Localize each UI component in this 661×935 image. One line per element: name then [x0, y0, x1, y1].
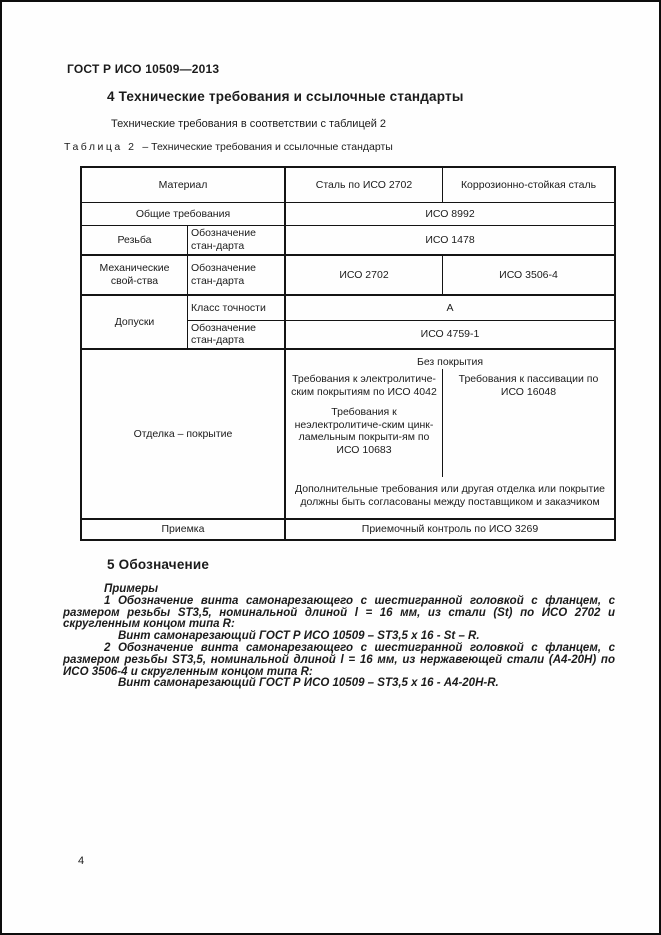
- subrow-tolerance-standard: Обозначение стан-дарта ИСО 4759-1: [188, 321, 614, 348]
- requirements-table: Материал Сталь по ИСО 2702 Коррозионно-с…: [80, 166, 616, 541]
- cell-general-value: ИСО 8992: [286, 203, 614, 225]
- cell-mech-steel-value: ИСО 2702: [286, 256, 443, 294]
- finish-coating-columns: Требования к электролитиче-ским покрытия…: [286, 369, 614, 477]
- coating-passivation-text: Требования к пассивации по ИСО 16048: [446, 373, 611, 398]
- cell-acceptance-value: Приемочный контроль по ИСО 3269: [286, 520, 614, 539]
- cell-coating-stainless: Требования к пассивации по ИСО 16048: [443, 369, 614, 477]
- section-4-intro-paragraph: Технические требования в соответствии с …: [111, 118, 386, 130]
- example-2-text: 2 Обозначение винта самонарезающего с ше…: [63, 643, 615, 678]
- coating-electrolytic-text: Требования к электролитиче-ским покрытия…: [289, 373, 439, 398]
- cell-mech-label: Механические свой-ства: [82, 256, 188, 294]
- cell-acceptance-label: Приемка: [82, 520, 286, 539]
- page-number: 4: [78, 855, 84, 867]
- tolerance-subrows: Класс точности А Обозначение стан-дарта …: [188, 296, 614, 348]
- designation-examples: Примеры 1 Обозначение винта самонарезающ…: [63, 584, 615, 690]
- cell-tolerance-std-label: Обозначение стан-дарта: [188, 321, 286, 348]
- cell-coating-steel: Требования к электролитиче-ским покрытия…: [286, 369, 443, 477]
- table-row-finish: Отделка – покрытие Без покрытия Требован…: [82, 350, 614, 520]
- cell-thread-std-label: Обозначение стан-дарта: [188, 226, 286, 254]
- example-1-text: 1 Обозначение винта самонарезающего с ше…: [63, 596, 615, 631]
- coating-non-electrolytic-text: Требования к неэлектролитиче-ским цинк-л…: [289, 406, 439, 456]
- table-row-acceptance: Приемка Приемочный контроль по ИСО 3269: [82, 520, 614, 539]
- cell-no-coating: Без покрытия: [286, 350, 614, 369]
- table-row-thread: Резьба Обозначение стан-дарта ИСО 1478: [82, 226, 614, 256]
- cell-general-label: Общие требования: [82, 203, 286, 225]
- finish-details: Без покрытия Требования к электролитиче-…: [286, 350, 614, 518]
- section-4-heading: 4 Технические требования и ссылочные ста…: [107, 89, 464, 104]
- cell-thread-label: Резьба: [82, 226, 188, 254]
- cell-thread-value: ИСО 1478: [286, 226, 614, 254]
- cell-finish-label: Отделка – покрытие: [82, 350, 286, 518]
- table-row-mechanical: Механические свой-ства Обозначение стан-…: [82, 256, 614, 296]
- section-5-heading: 5 Обозначение: [107, 557, 209, 572]
- document-page: ГОСТ Р ИСО 10509—2013 4 Технические треб…: [0, 0, 661, 935]
- table-row-general-requirements: Общие требования ИСО 8992: [82, 203, 614, 226]
- cell-mech-stainless-value: ИСО 3506-4: [443, 256, 614, 294]
- cell-tolerance-label: Допуски: [82, 296, 188, 348]
- cell-material-label: Материал: [82, 168, 286, 202]
- table-caption: Таблица 2 – Технические требования и ссы…: [64, 141, 393, 153]
- document-code-header: ГОСТ Р ИСО 10509—2013: [67, 62, 219, 76]
- additional-requirements-text: Дополнительные требования или другая отд…: [286, 483, 614, 508]
- cell-steel-header: Сталь по ИСО 2702: [286, 168, 443, 202]
- cell-tolerance-std-value: ИСО 4759-1: [286, 321, 614, 348]
- cell-additional-requirements: Дополнительные требования или другая отд…: [286, 477, 614, 518]
- cell-accuracy-class-label: Класс точности: [188, 296, 286, 320]
- example-2-designation: Винт самонарезающий ГОСТ Р ИСО 10509 – S…: [118, 678, 615, 690]
- table-row-tolerances: Допуски Класс точности А Обозначение ста…: [82, 296, 614, 350]
- table-row-material: Материал Сталь по ИСО 2702 Коррозионно-с…: [82, 168, 614, 203]
- cell-stainless-header: Коррозионно-стойкая сталь: [443, 168, 614, 202]
- table-caption-text: – Технические требования и ссылочные ста…: [142, 141, 392, 153]
- table-caption-label: Таблица 2: [64, 141, 136, 153]
- cell-accuracy-class-value: А: [286, 296, 614, 320]
- cell-mech-std-label: Обозначение стан-дарта: [188, 256, 286, 294]
- subrow-accuracy-class: Класс точности А: [188, 296, 614, 321]
